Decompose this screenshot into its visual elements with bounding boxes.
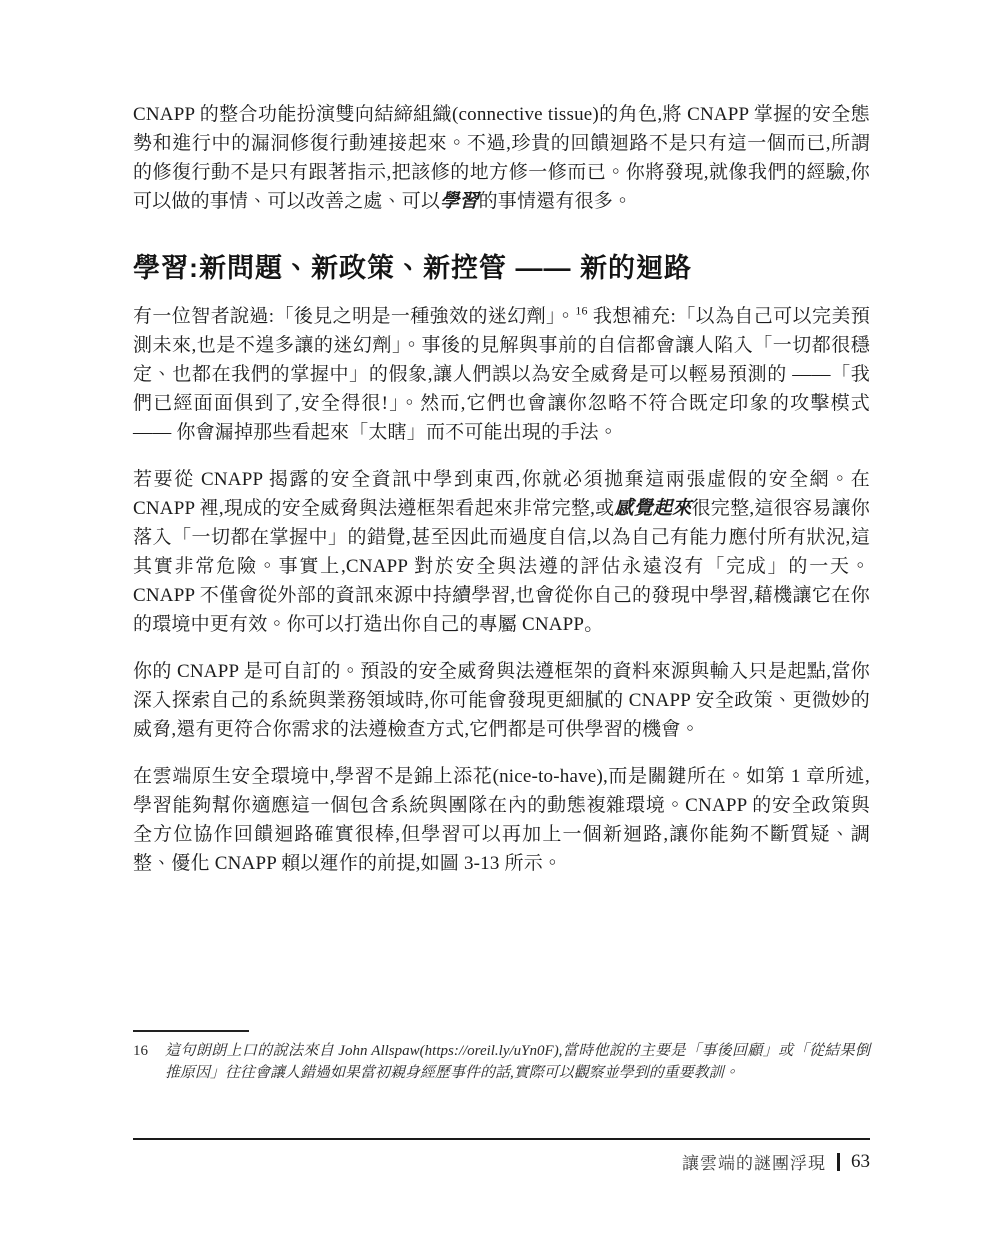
footnote-separator-rule (133, 1030, 249, 1032)
book-page: CNAPP 的整合功能扮演雙向結締組織(connective tissue)的角… (0, 0, 1000, 1242)
page-body: CNAPP 的整合功能扮演雙向結締組織(connective tissue)的角… (133, 100, 870, 896)
footnote-text: 這句朗朗上口的說法來自 John Allspaw(https://oreil.l… (165, 1040, 870, 1084)
footer-separator (837, 1153, 840, 1171)
emphasis-feels-like: 感覺起來 (614, 498, 691, 519)
footnote-url: https://oreil.ly/uYn0F (425, 1043, 554, 1059)
paragraph-learning-loop: 在雲端原生安全環境中,學習不是錦上添花(nice-to-have),而是關鍵所在… (133, 762, 870, 878)
paragraph-hindsight-text: 有一位智者說過:「後見之明是一種強效的迷幻劑」。 (133, 306, 575, 327)
paragraph-hindsight: 有一位智者說過:「後見之明是一種強效的迷幻劑」。16 我想補充:「以為自己可以完… (133, 302, 870, 447)
page-number: 63 (851, 1151, 870, 1173)
footnote-16: 16 這句朗朗上口的說法來自 John Allspaw(https://orei… (133, 1040, 870, 1084)
footer-content: 讓雲端的謎團浮現 63 (133, 1149, 870, 1174)
paragraph-customizable: 你的 CNAPP 是可自訂的。預設的安全威脅與法遵框架的資料來源與輸入只是起點,… (133, 657, 870, 744)
footnote-area: 16 這句朗朗上口的說法來自 John Allspaw(https://orei… (133, 1030, 870, 1084)
page-footer: 讓雲端的謎團浮現 63 (133, 1138, 870, 1174)
footnote-reference-16: 16 (575, 304, 587, 318)
footnote-text-before-link: 這句朗朗上口的說法來自 John Allspaw( (165, 1043, 425, 1059)
section-heading: 學習:新問題、新政策、新控管 —— 新的迴路 (133, 251, 870, 285)
footnote-number: 16 (133, 1040, 165, 1084)
paragraph-safety-net: 若要從 CNAPP 揭露的安全資訊中學到東西,你就必須拋棄這兩張虛假的安全網。在… (133, 465, 870, 639)
running-title: 讓雲端的謎團浮現 (682, 1149, 826, 1174)
emphasis-learning: 學習 (440, 191, 478, 212)
paragraph-intro-text-end: 的事情還有很多。 (479, 191, 633, 212)
paragraph-intro: CNAPP 的整合功能扮演雙向結締組織(connective tissue)的角… (133, 100, 870, 216)
